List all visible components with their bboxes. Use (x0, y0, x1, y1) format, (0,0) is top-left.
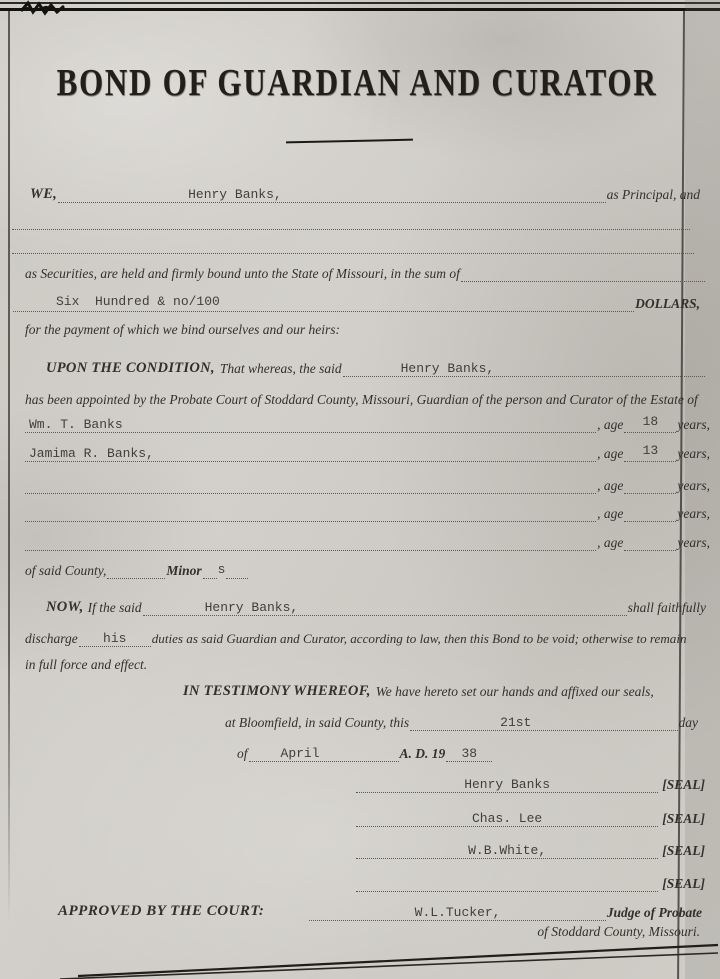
signature-blank: Henry Banks (356, 769, 658, 793)
date-ad-label: A. D. 19 (400, 747, 446, 763)
scanned-bond-document: BOND OF GUARDIAN AND CURATOR WE, Henry B… (0, 0, 720, 979)
testimony-lead: IN TESTIMONY WHEREOF, (183, 684, 371, 701)
signature-row: Henry Banks [SEAL] (355, 769, 705, 793)
ward-row: , age years, (24, 470, 710, 494)
signature-blank: W.B.White, (356, 835, 658, 859)
place-blank: 21st (410, 707, 677, 731)
age-label: , age (597, 447, 623, 463)
place-typed: 21st (500, 716, 531, 729)
judge-subtitle: of Stoddard County, Missouri. (537, 925, 700, 941)
page-top-edge-line (0, 2, 720, 4)
document-title: BOND OF GUARDIAN AND CURATOR (57, 62, 652, 106)
now-name-blank: Henry Banks, (143, 592, 627, 616)
county-typed-s: s (218, 563, 226, 576)
ward-age-blank (624, 527, 676, 551)
ward-age-blank: 18 (624, 409, 676, 433)
principal-suffix: as Principal, and (607, 188, 700, 204)
appointed-text: has been appointed by the Probate Court … (25, 393, 698, 409)
condition-text: That whereas, the said (220, 362, 342, 378)
title-divider-rule (286, 139, 413, 144)
now-line: NOW, If the said Henry Banks, shall fait… (46, 592, 706, 616)
seal-label: [SEAL] (662, 844, 705, 860)
testimony-line: IN TESTIMONY WHEREOF, We have hereto set… (183, 676, 654, 700)
signature-row: W.B.White, [SEAL] (355, 835, 705, 859)
ward-age-typed: 18 (643, 415, 659, 428)
discharge-line: discharge his duties as said Guardian an… (25, 623, 706, 647)
years-label: years, (677, 536, 710, 552)
age-label: , age (597, 418, 623, 434)
signature-row: Chas. Lee [SEAL] (355, 803, 705, 827)
years-label: years, (677, 479, 710, 495)
ward-name-blank (25, 470, 596, 494)
now-suffix: shall faithfully (628, 601, 706, 617)
place-prefix: at Bloomfield, in said County, this (225, 716, 409, 732)
principal-line: WE, Henry Banks, as Principal, and (30, 179, 700, 203)
seal-label: [SEAL] (662, 778, 705, 794)
place-suffix: day (679, 716, 699, 732)
place-line: at Bloomfield, in said County, this 21st… (225, 707, 698, 731)
securities-text: as Securities, are held and firmly bound… (25, 267, 460, 283)
signature-typed: Chas. Lee (472, 812, 542, 825)
ward-row: Jamima R. Banks, , age 13 years, (24, 438, 710, 462)
testimony-text: We have hereto set our hands and affixed… (376, 685, 654, 701)
signature-typed: W.B.White, (468, 844, 546, 857)
ward-name-blank: Jamima R. Banks, (25, 438, 596, 462)
ward-row: , age years, (24, 527, 710, 551)
county-blank-after (226, 555, 248, 579)
ward-age-blank (624, 470, 676, 494)
discharge-typed: his (103, 632, 126, 645)
judge-signature-typed: W.L.Tucker, (415, 906, 501, 919)
ward-age-typed: 13 (643, 444, 659, 457)
force-text: in full force and effect. (25, 658, 147, 674)
sum-typed: Six Hundred & no/100 (56, 295, 220, 308)
county-blank-mid (203, 555, 217, 579)
date-year-typed: 38 (461, 747, 477, 760)
discharge-prefix: discharge (25, 632, 78, 648)
now-lead: NOW, (46, 600, 84, 617)
payment-text: for the payment of which we bind ourselv… (25, 323, 340, 339)
approved-label: APPROVED BY THE COURT: (58, 904, 264, 921)
ward-name-blank: Wm. T. Banks (25, 409, 596, 433)
force-line: in full force and effect. (25, 649, 147, 673)
county-blank-before (107, 555, 165, 579)
county-line: of said County, Minor s (25, 555, 249, 579)
ward-age-blank (624, 498, 676, 522)
years-label: years, (677, 507, 710, 523)
seal-label: [SEAL] (662, 812, 705, 828)
years-label: years, (677, 447, 710, 463)
page-top-edge-line-2 (0, 8, 720, 11)
county-printed-minor: Minor (166, 564, 201, 580)
payment-line: for the payment of which we bind ourselv… (25, 314, 340, 338)
principal-name-blank: Henry Banks, (58, 179, 606, 203)
page-bottom-edge-lines (0, 934, 720, 979)
age-label: , age (597, 479, 623, 495)
ward-age-blank: 13 (624, 438, 676, 462)
sum-line: Six Hundred & no/100 DOLLARS, (12, 288, 700, 312)
condition-name-typed: Henry Banks, (401, 362, 495, 375)
approved-subtitle-line: of Stoddard County, Missouri. (537, 916, 700, 940)
approved-gap (264, 897, 308, 921)
discharge-blank: his (79, 623, 151, 647)
securities-blank-line-1 (12, 229, 690, 230)
date-month-blank: April (249, 738, 399, 762)
county-prefix: of said County, (25, 564, 106, 580)
page-left-edge-line (8, 11, 10, 923)
we-label: WE, (30, 187, 57, 204)
age-label: , age (597, 536, 623, 552)
age-label: , age (597, 507, 623, 523)
ward-name-typed: Wm. T. Banks (29, 418, 123, 431)
discharge-suffix: duties as said Guardian and Curator, acc… (152, 632, 687, 647)
date-year-blank: 38 (446, 738, 492, 762)
sum-blank: Six Hundred & no/100 (13, 288, 634, 312)
ward-row: Wm. T. Banks , age 18 years, (24, 409, 710, 433)
ward-name-blank (25, 498, 596, 522)
signature-blank (356, 868, 658, 892)
securities-blank-line-2 (12, 253, 694, 254)
condition-lead: UPON THE CONDITION, (46, 361, 215, 378)
now-text: If the said (88, 601, 142, 617)
ward-row: , age years, (24, 498, 710, 522)
signature-row: [SEAL] (355, 868, 705, 892)
now-name-typed: Henry Banks, (205, 601, 299, 614)
securities-line: as Securities, are held and firmly bound… (25, 258, 706, 282)
appointed-line: has been appointed by the Probate Court … (25, 384, 698, 408)
ward-name-blank (25, 527, 596, 551)
date-prefix: of (237, 747, 248, 763)
signature-blank: Chas. Lee (356, 803, 658, 827)
securities-sum-blank (461, 258, 705, 282)
dollars-label: DOLLARS, (635, 297, 700, 313)
condition-name-blank: Henry Banks, (343, 353, 705, 377)
principal-name-typed: Henry Banks, (188, 188, 282, 201)
date-line: of April A. D. 19 38 (237, 738, 493, 762)
date-month-typed: April (281, 747, 320, 760)
signature-typed: Henry Banks (464, 778, 550, 791)
condition-line: UPON THE CONDITION, That whereas, the sa… (46, 353, 706, 377)
pen-scribble-mark (18, 0, 78, 18)
seal-label: [SEAL] (662, 877, 705, 893)
years-label: years, (677, 418, 710, 434)
ward-name-typed: Jamima R. Banks, (29, 447, 154, 460)
page-right-edge-line (677, 11, 685, 979)
